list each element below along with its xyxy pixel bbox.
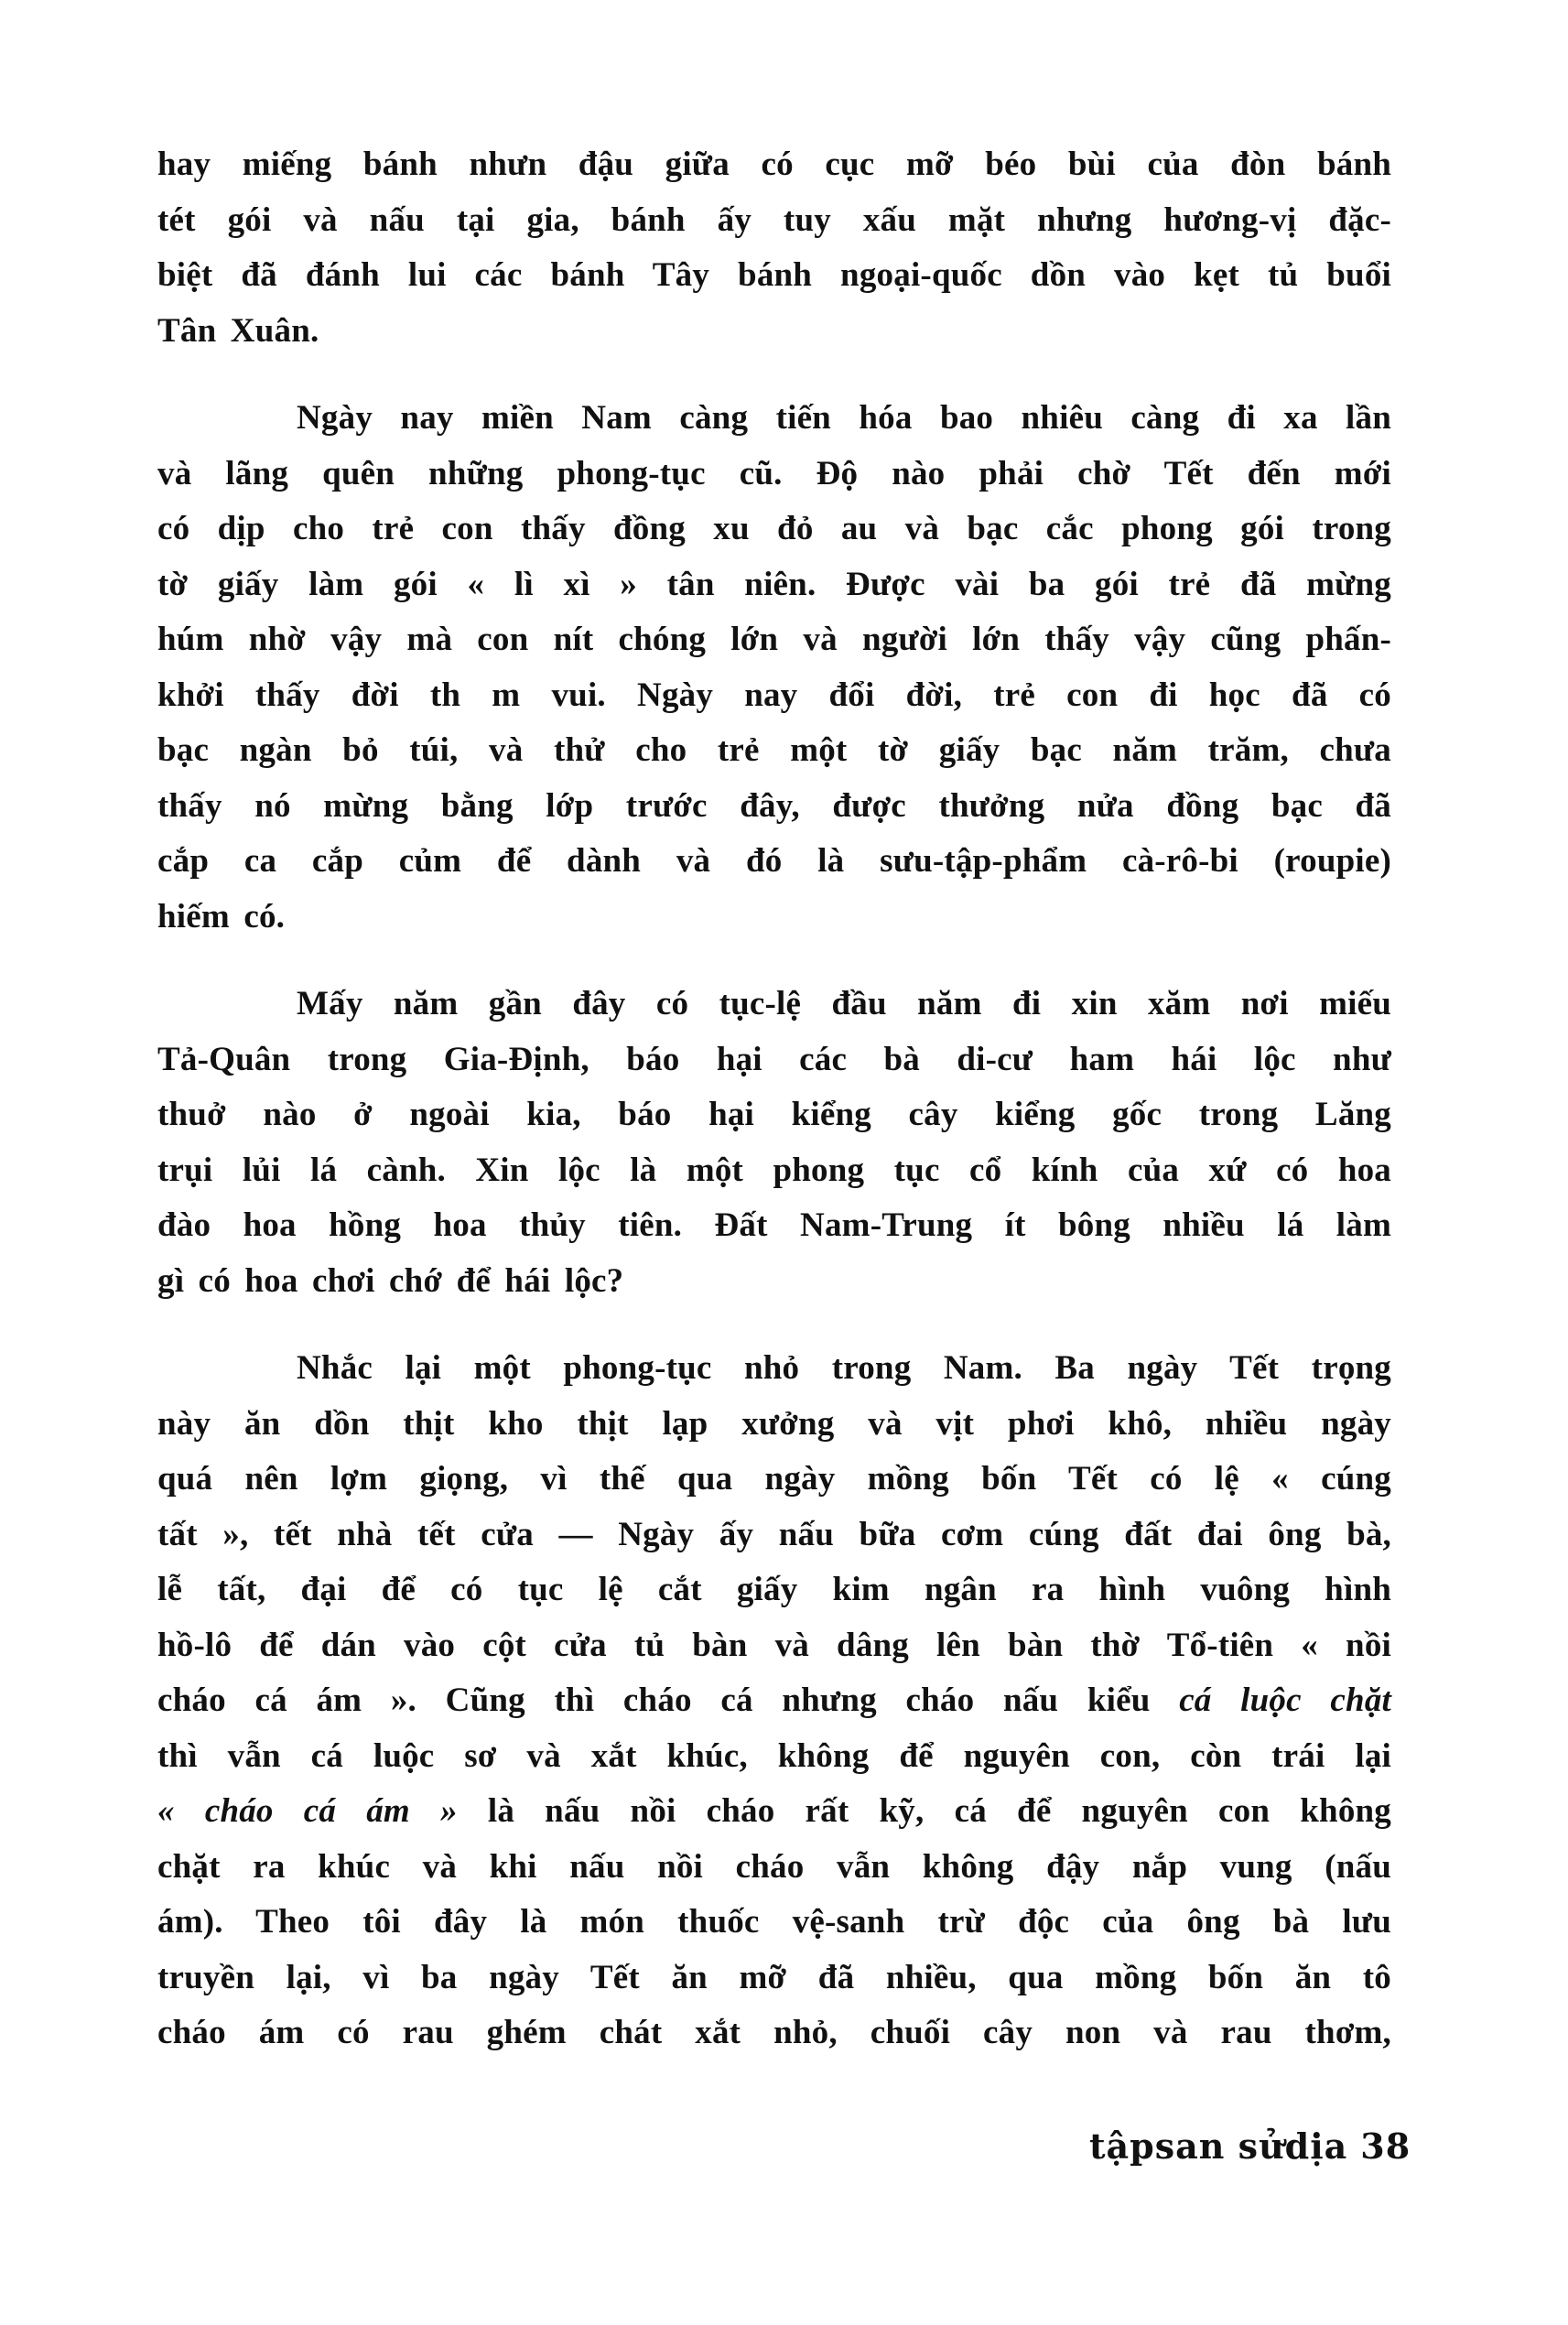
page-footer: tậpsan sửdịa38	[1089, 2125, 1411, 2167]
text-line: hồ-lô để dán vào cột cửa tủ bàn và dâng …	[157, 1618, 1391, 1674]
text-line: ám). Theo tôi đây là món thuốc vệ-sanh t…	[157, 1895, 1391, 1951]
text-line: thuở nào ở ngoài kia, báo hại kiểng cây …	[157, 1087, 1391, 1143]
text-line: khởi thấy đời th m vui. Ngày nay đổi đời…	[157, 668, 1391, 724]
text-line: hay miếng bánh nhưn đậu giữa có cục mỡ b…	[157, 137, 1391, 193]
text-line: và lãng quên những phong-tục cũ. Độ nào …	[157, 447, 1391, 503]
text-line: thấy nó mừng bằng lớp trước đây, được th…	[157, 779, 1391, 835]
paragraph-1: hay miếng bánh nhưn đậu giữa có cục mỡ b…	[157, 137, 1391, 359]
italic-phrase: « cháo cá ám »	[157, 1792, 458, 1830]
text-line: biệt đã đánh lui các bánh Tây bánh ngoại…	[157, 248, 1391, 304]
publication-name: tậpsan sửdịa	[1089, 2125, 1347, 2167]
text-line-with-italic: cháo cá ám ». Cũng thì cháo cá nhưng chá…	[157, 1673, 1391, 1729]
text-line: Nhắc lại một phong-tục nhỏ trong Nam. Ba…	[157, 1341, 1391, 1397]
text-line: cắp ca cắp củm để dành và đó là sưu-tập-…	[157, 834, 1391, 890]
text-line: Ngày nay miền Nam càng tiến hóa bao nhiê…	[157, 391, 1391, 447]
text-line: quá nên lợm giọng, vì thế qua ngày mồng …	[157, 1452, 1391, 1508]
text-line: trụi lủi lá cành. Xin lộc là một phong t…	[157, 1143, 1391, 1199]
text-line: này ăn dồn thịt kho thịt lạp xưởng và vị…	[157, 1397, 1391, 1453]
text-line: tờ giấy làm gói « lì xì » tân niên. Được…	[157, 557, 1391, 613]
text-line: cháo ám có rau ghém chát xắt nhỏ, chuối …	[157, 2006, 1391, 2061]
text-segment: cháo cá ám ». Cũng thì cháo cá nhưng chá…	[157, 1682, 1151, 1719]
text-segment: là nấu nồi cháo rất kỹ, cá để nguyên con…	[488, 1792, 1391, 1830]
document-page: hay miếng bánh nhưn đậu giữa có cục mỡ b…	[157, 137, 1391, 2061]
text-line: húm nhờ vậy mà con nít chóng lớn và ngườ…	[157, 612, 1391, 668]
text-line: đào hoa hồng hoa thủy tiên. Đất Nam-Trun…	[157, 1198, 1391, 1254]
text-line: bạc ngàn bỏ túi, và thử cho trẻ một tờ g…	[157, 723, 1391, 779]
text-line: chặt ra khúc và khi nấu nồi cháo vẫn khô…	[157, 1840, 1391, 1896]
text-line: Tân Xuân.	[157, 304, 1391, 360]
text-line: Mấy năm gần đây có tục-lệ đầu năm đi xin…	[157, 977, 1391, 1033]
italic-phrase: cá luộc chặt	[1179, 1682, 1391, 1719]
text-line: lễ tất, đại để có tục lệ cắt giấy kim ng…	[157, 1563, 1391, 1618]
page-number: 38	[1360, 2125, 1411, 2167]
text-line: truyền lại, vì ba ngày Tết ăn mỡ đã nhiề…	[157, 1951, 1391, 2006]
paragraph-3: Mấy năm gần đây có tục-lệ đầu năm đi xin…	[157, 977, 1391, 1309]
text-line: Tả-Quân trong Gia-Định, báo hại các bà d…	[157, 1033, 1391, 1088]
text-line: tét gói và nấu tại gia, bánh ấy tuy xấu …	[157, 193, 1391, 249]
text-line: gì có hoa chơi chớ để hái lộc?	[157, 1254, 1391, 1310]
text-line: tất », tết nhà tết cửa — Ngày ấy nấu bữa…	[157, 1508, 1391, 1563]
text-line-with-italic: « cháo cá ám » là nấu nồi cháo rất kỹ, c…	[157, 1784, 1391, 1840]
text-line: có dịp cho trẻ con thấy đồng xu đỏ au và…	[157, 502, 1391, 557]
text-line: hiếm có.	[157, 890, 1391, 946]
paragraph-2: Ngày nay miền Nam càng tiến hóa bao nhiê…	[157, 391, 1391, 945]
text-line: thì vẫn cá luộc sơ và xắt khúc, không để…	[157, 1729, 1391, 1785]
paragraph-4: Nhắc lại một phong-tục nhỏ trong Nam. Ba…	[157, 1341, 1391, 2061]
